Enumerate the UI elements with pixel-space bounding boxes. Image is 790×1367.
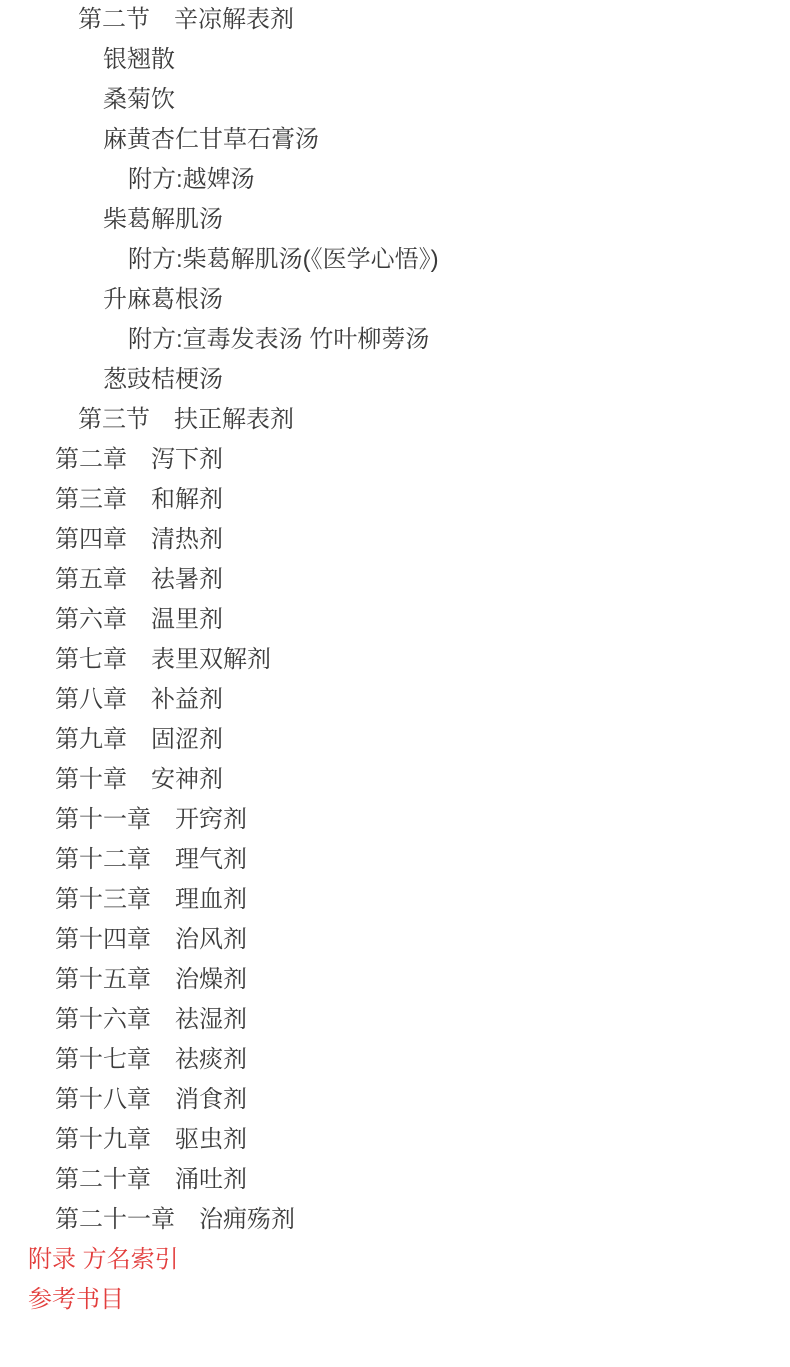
- toc-item-chapter[interactable]: 第十章 安神剂: [0, 760, 790, 800]
- toc-item-chapter[interactable]: 第九章 固涩剂: [0, 720, 790, 760]
- toc-item-chapter[interactable]: 第十四章 治风剂: [0, 920, 790, 960]
- toc-item-formula[interactable]: 葱豉桔梗汤: [0, 360, 790, 400]
- toc-item-chapter[interactable]: 第十一章 开窍剂: [0, 800, 790, 840]
- toc-item-chapter[interactable]: 第十六章 祛湿剂: [0, 1000, 790, 1040]
- toc-item-variant[interactable]: 附方:宣毒发表汤 竹叶柳蒡汤: [0, 320, 790, 360]
- toc-item-chapter[interactable]: 第十七章 祛痰剂: [0, 1040, 790, 1080]
- toc-item-formula[interactable]: 桑菊饮: [0, 80, 790, 120]
- toc-item-chapter[interactable]: 第十八章 消食剂: [0, 1080, 790, 1120]
- toc-item-chapter[interactable]: 第五章 祛暑剂: [0, 560, 790, 600]
- toc-item-formula[interactable]: 升麻葛根汤: [0, 280, 790, 320]
- toc-item-chapter[interactable]: 第十三章 理血剂: [0, 880, 790, 920]
- toc-item-chapter[interactable]: 第四章 清热剂: [0, 520, 790, 560]
- toc-item-chapter[interactable]: 第七章 表里双解剂: [0, 640, 790, 680]
- toc-item-chapter[interactable]: 第六章 温里剂: [0, 600, 790, 640]
- toc-item-formula[interactable]: 柴葛解肌汤: [0, 200, 790, 240]
- toc-item-chapter[interactable]: 第十九章 驱虫剂: [0, 1120, 790, 1160]
- toc-item-chapter[interactable]: 第八章 补益剂: [0, 680, 790, 720]
- toc-item-chapter[interactable]: 第十五章 治燥剂: [0, 960, 790, 1000]
- toc-item-appendix-index[interactable]: 附录 方名索引: [0, 1240, 790, 1280]
- toc-item-formula[interactable]: 麻黄杏仁甘草石膏汤: [0, 120, 790, 160]
- toc-item-formula[interactable]: 银翘散: [0, 40, 790, 80]
- toc-item-section[interactable]: 第三节 扶正解表剂: [0, 400, 790, 440]
- toc-item-chapter[interactable]: 第三章 和解剂: [0, 480, 790, 520]
- table-of-contents: 第二节 辛凉解表剂 银翘散 桑菊饮 麻黄杏仁甘草石膏汤 附方:越婢汤 柴葛解肌汤…: [0, 0, 790, 1320]
- toc-item-variant[interactable]: 附方:越婢汤: [0, 160, 790, 200]
- toc-item-references[interactable]: 参考书目: [0, 1280, 790, 1320]
- toc-item-chapter[interactable]: 第二十一章 治痈殇剂: [0, 1200, 790, 1240]
- toc-item-section[interactable]: 第二节 辛凉解表剂: [0, 0, 790, 40]
- toc-item-chapter[interactable]: 第二十章 涌吐剂: [0, 1160, 790, 1200]
- toc-item-variant[interactable]: 附方:柴葛解肌汤(《医学心悟》): [0, 240, 790, 280]
- toc-item-chapter[interactable]: 第十二章 理气剂: [0, 840, 790, 880]
- toc-item-chapter[interactable]: 第二章 泻下剂: [0, 440, 790, 480]
